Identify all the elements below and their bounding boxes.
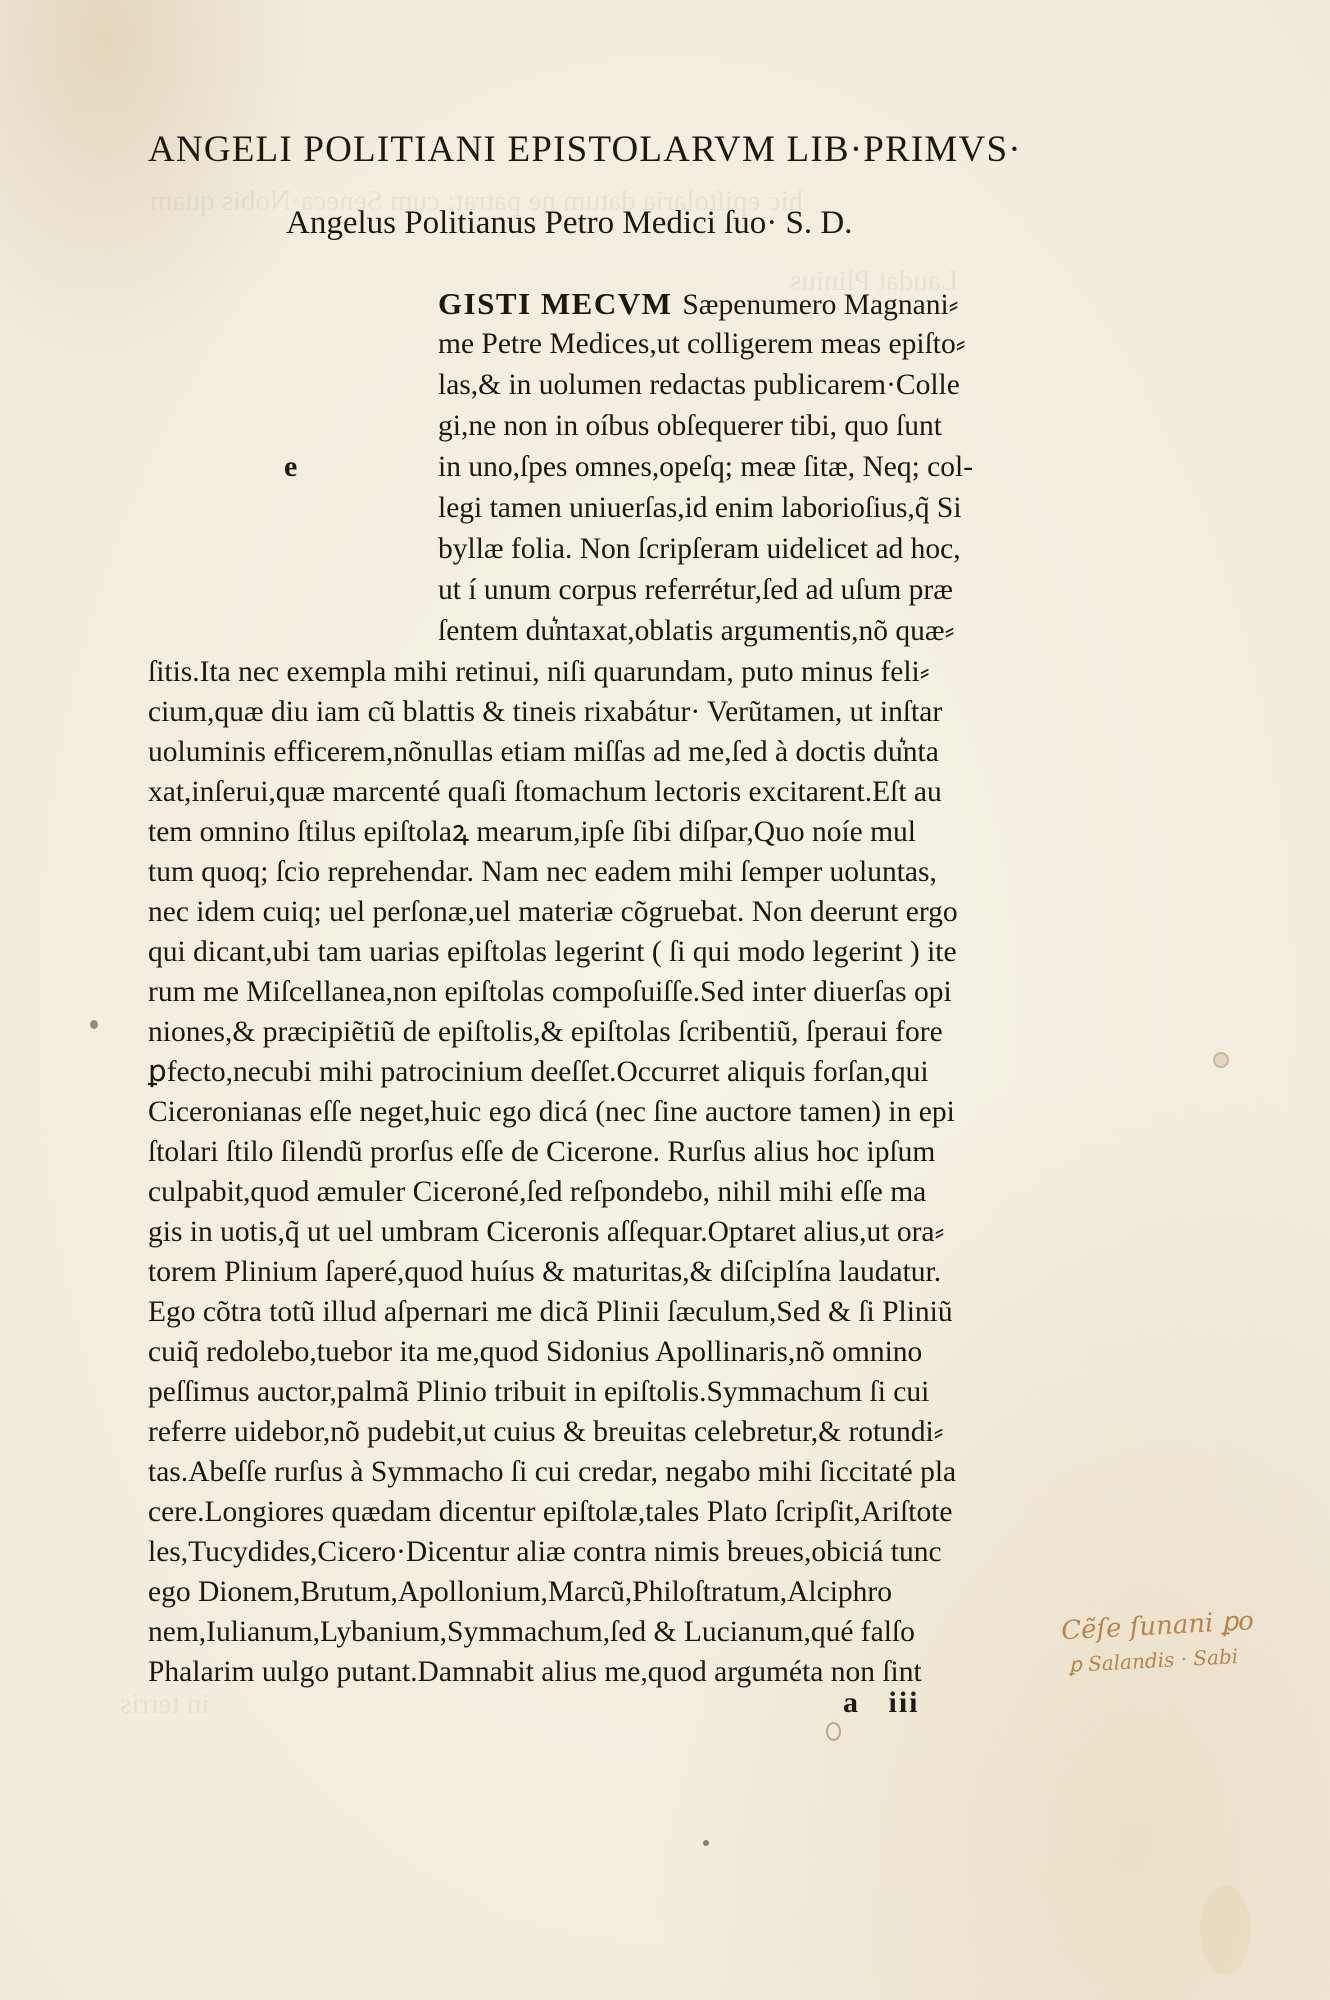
text-line: cere.Longiores quædam dicentur epiſtolæ,… <box>148 1493 953 1532</box>
text-line: peſſimus auctor,palmã Plinio tribuit in … <box>148 1373 929 1412</box>
text-line: gi,ne non in oíbus obſequerer tibi, quo … <box>438 407 942 446</box>
foxing-spot <box>90 1020 98 1029</box>
running-header: ANGELI POLITIANI EPISTOLARVM LIB·PRIMVS· <box>148 128 1038 171</box>
letter-salutation: Angelus Politianus Petro Medici ſuo· S. … <box>286 205 852 242</box>
text-line: byllæ folia. Non ſcripſeram uidelicet ad… <box>438 530 961 569</box>
foxing-spot <box>1213 1052 1229 1068</box>
text-line: Ciceronianas eſſe neget,huic ego dicá (n… <box>148 1093 955 1132</box>
initial-guide-letter: e <box>284 450 297 484</box>
signature-mark: a iii <box>843 1686 920 1720</box>
text-line: referre uidebor,nõ pudebit,ut cuius & br… <box>148 1413 944 1452</box>
text-line: nec idem cuiq; uel perſonæ,uel materiæ c… <box>148 893 958 932</box>
opening-capitals: GISTI MECVM <box>438 286 672 321</box>
text-line: uoluminis efficerem,nõnullas etiam miſſa… <box>148 733 939 772</box>
text-line: Phalarim uulgo putant.Damnabit alius me,… <box>148 1653 922 1692</box>
text-line: ut í unum corpus referrétur,ſed ad uſum … <box>438 571 953 610</box>
text-line: qui dicant,ubi tam uarias epiſtolas lege… <box>148 933 957 972</box>
text-line: legi tamen uniuerſas,id enim laborioſius… <box>438 489 962 528</box>
text-line: ſtolari ſtilo ſilendũ prorſus eſſe de Ci… <box>148 1133 935 1172</box>
text-line: ſentem du͛ntaxat,oblatis argumentis,nõ q… <box>438 612 954 651</box>
text-line: las,& in uolumen redactas publicarem·Col… <box>438 366 960 405</box>
text-line: xat,inſerui,quæ marcenté quaſi ſtomachum… <box>148 773 942 812</box>
text-line: ꝑfecto,necubi mihi patrocinium deeſſet.O… <box>148 1053 929 1092</box>
text-line: GISTI MECVMSæpenumero Magnani⸗ <box>438 284 1004 325</box>
text-line: in uno,ſpes omnes,opeſq; meæ ſitæ, Neq; … <box>438 448 973 487</box>
foxing-spot <box>1200 1885 1250 1975</box>
show-through-text: in terris <box>120 1688 209 1721</box>
text-line: cium,quæ diu iam cũ blattis & tineis rix… <box>148 693 942 732</box>
text-line: nem,Iulianum,Lybanium,Symmachum,ſed & Lu… <box>148 1613 915 1652</box>
text-line: ſitis.Ita nec exempla mihi retinui, niſi… <box>148 653 930 692</box>
foxing-spot <box>703 1840 709 1846</box>
text-line: gis in uotis,q̃ ut uel umbram Ciceronis … <box>148 1213 944 1252</box>
text-line: me Petre Medices,ut colligerem meas epiſ… <box>438 325 966 364</box>
text-line: tem omnino ſtilus epiſtolaꝝ mearum,ipſe … <box>148 813 916 852</box>
text-line: culpabit,quod æmuler Ciceroné,ſed reſpon… <box>148 1173 926 1212</box>
text-line: Ego cõtra totũ illud aſpernari me dicã P… <box>148 1293 953 1332</box>
text-line: niones,& præcipiẽtiũ de epiſtolis,& epiſ… <box>148 1013 943 1052</box>
text-line: les,Tucydides,Cicero·Dicentur aliæ contr… <box>148 1533 942 1572</box>
book-page: hic epiſtolaria datum ne patrat; cum Sen… <box>0 0 1330 2000</box>
text-line: rum me Miſcellanea,non epiſtolas compoſu… <box>148 973 952 1012</box>
text-line: tum quoq; ſcio reprehendar. Nam nec eade… <box>148 853 937 892</box>
foxing-spot <box>826 1722 841 1741</box>
text-line: tas.Abeſſe rurſus à Symmacho ſi cui cred… <box>148 1453 956 1492</box>
text-line: torem Plinium ſaperé,quod huíus & maturi… <box>148 1253 941 1292</box>
handwritten-marginal-note: Cẽſe ſunani ꝑo ꝑ Salandis · Sabi <box>1060 1602 1303 1682</box>
text-line: ego Dionem,Brutum,Apollonium,Marcũ,Philo… <box>148 1573 892 1612</box>
text-line: cuiq̃ redolebo,tuebor ita me,quod Sidoni… <box>148 1333 922 1372</box>
